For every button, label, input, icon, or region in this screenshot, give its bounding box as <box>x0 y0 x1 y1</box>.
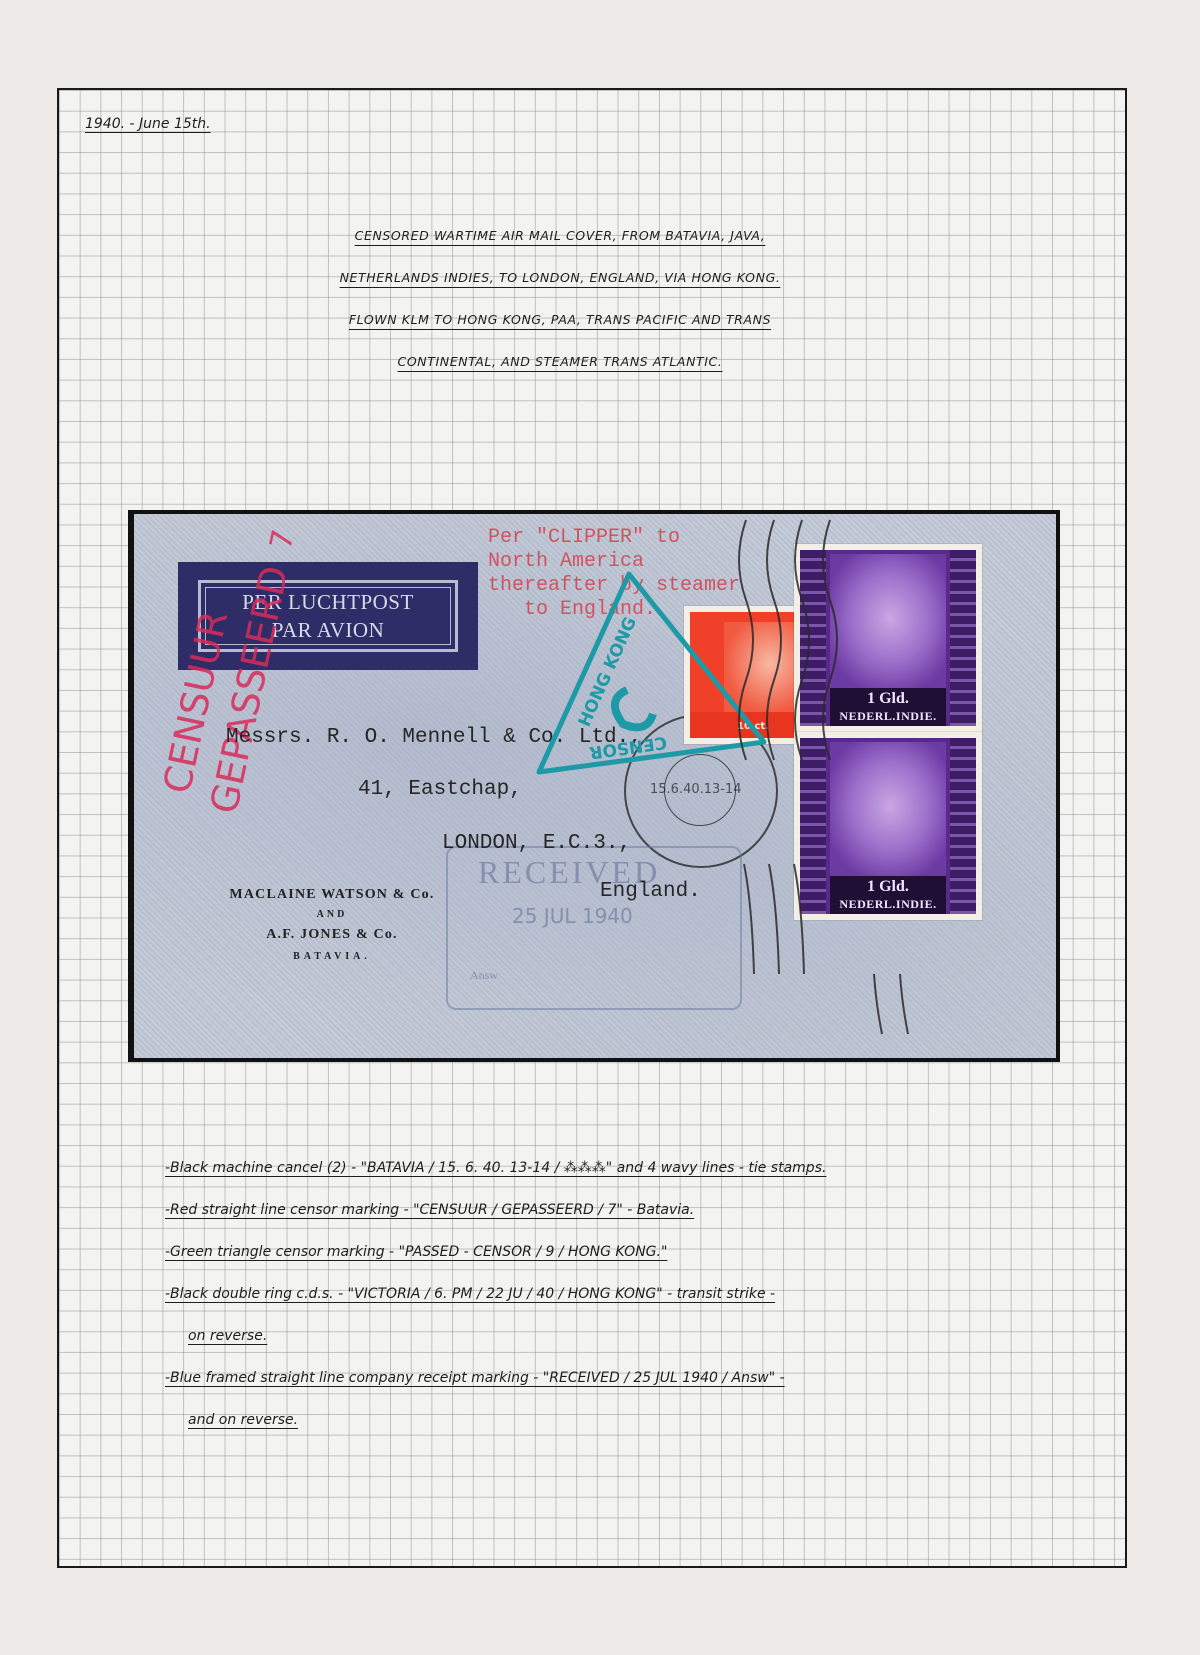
title-line: CENSORED WARTIME AIR MAIL COVER, FROM BA… <box>270 226 850 268</box>
description-note: -Green triangle censor marking - "PASSED… <box>165 1244 667 1260</box>
description-note: and on reverse. <box>188 1412 298 1428</box>
date-header: 1940. - June 15th. <box>85 116 211 132</box>
description-note: -Black double ring c.d.s. - "VICTORIA / … <box>165 1286 775 1302</box>
title-block: CENSORED WARTIME AIR MAIL COVER, FROM BA… <box>270 226 850 394</box>
title-line: FLOWN KLM TO HONG KONG, PAA, TRANS PACIF… <box>270 310 850 352</box>
title-line: CONTINENTAL, AND STEAMER TRANS ATLANTIC. <box>270 352 850 394</box>
wavy-cancel-lines <box>134 514 1056 1058</box>
air-mail-cover: PER LUCHTPOST PAR AVION Per "CLIPPER" to… <box>134 514 1056 1058</box>
description-note: -Black machine cancel (2) - "BATAVIA / 1… <box>165 1160 826 1176</box>
description-note: -Red straight line censor marking - "CEN… <box>165 1202 694 1218</box>
description-note: on reverse. <box>188 1328 267 1344</box>
description-note: -Blue framed straight line company recei… <box>165 1370 785 1386</box>
title-line: NETHERLANDS INDIES, TO LONDON, ENGLAND, … <box>270 268 850 310</box>
